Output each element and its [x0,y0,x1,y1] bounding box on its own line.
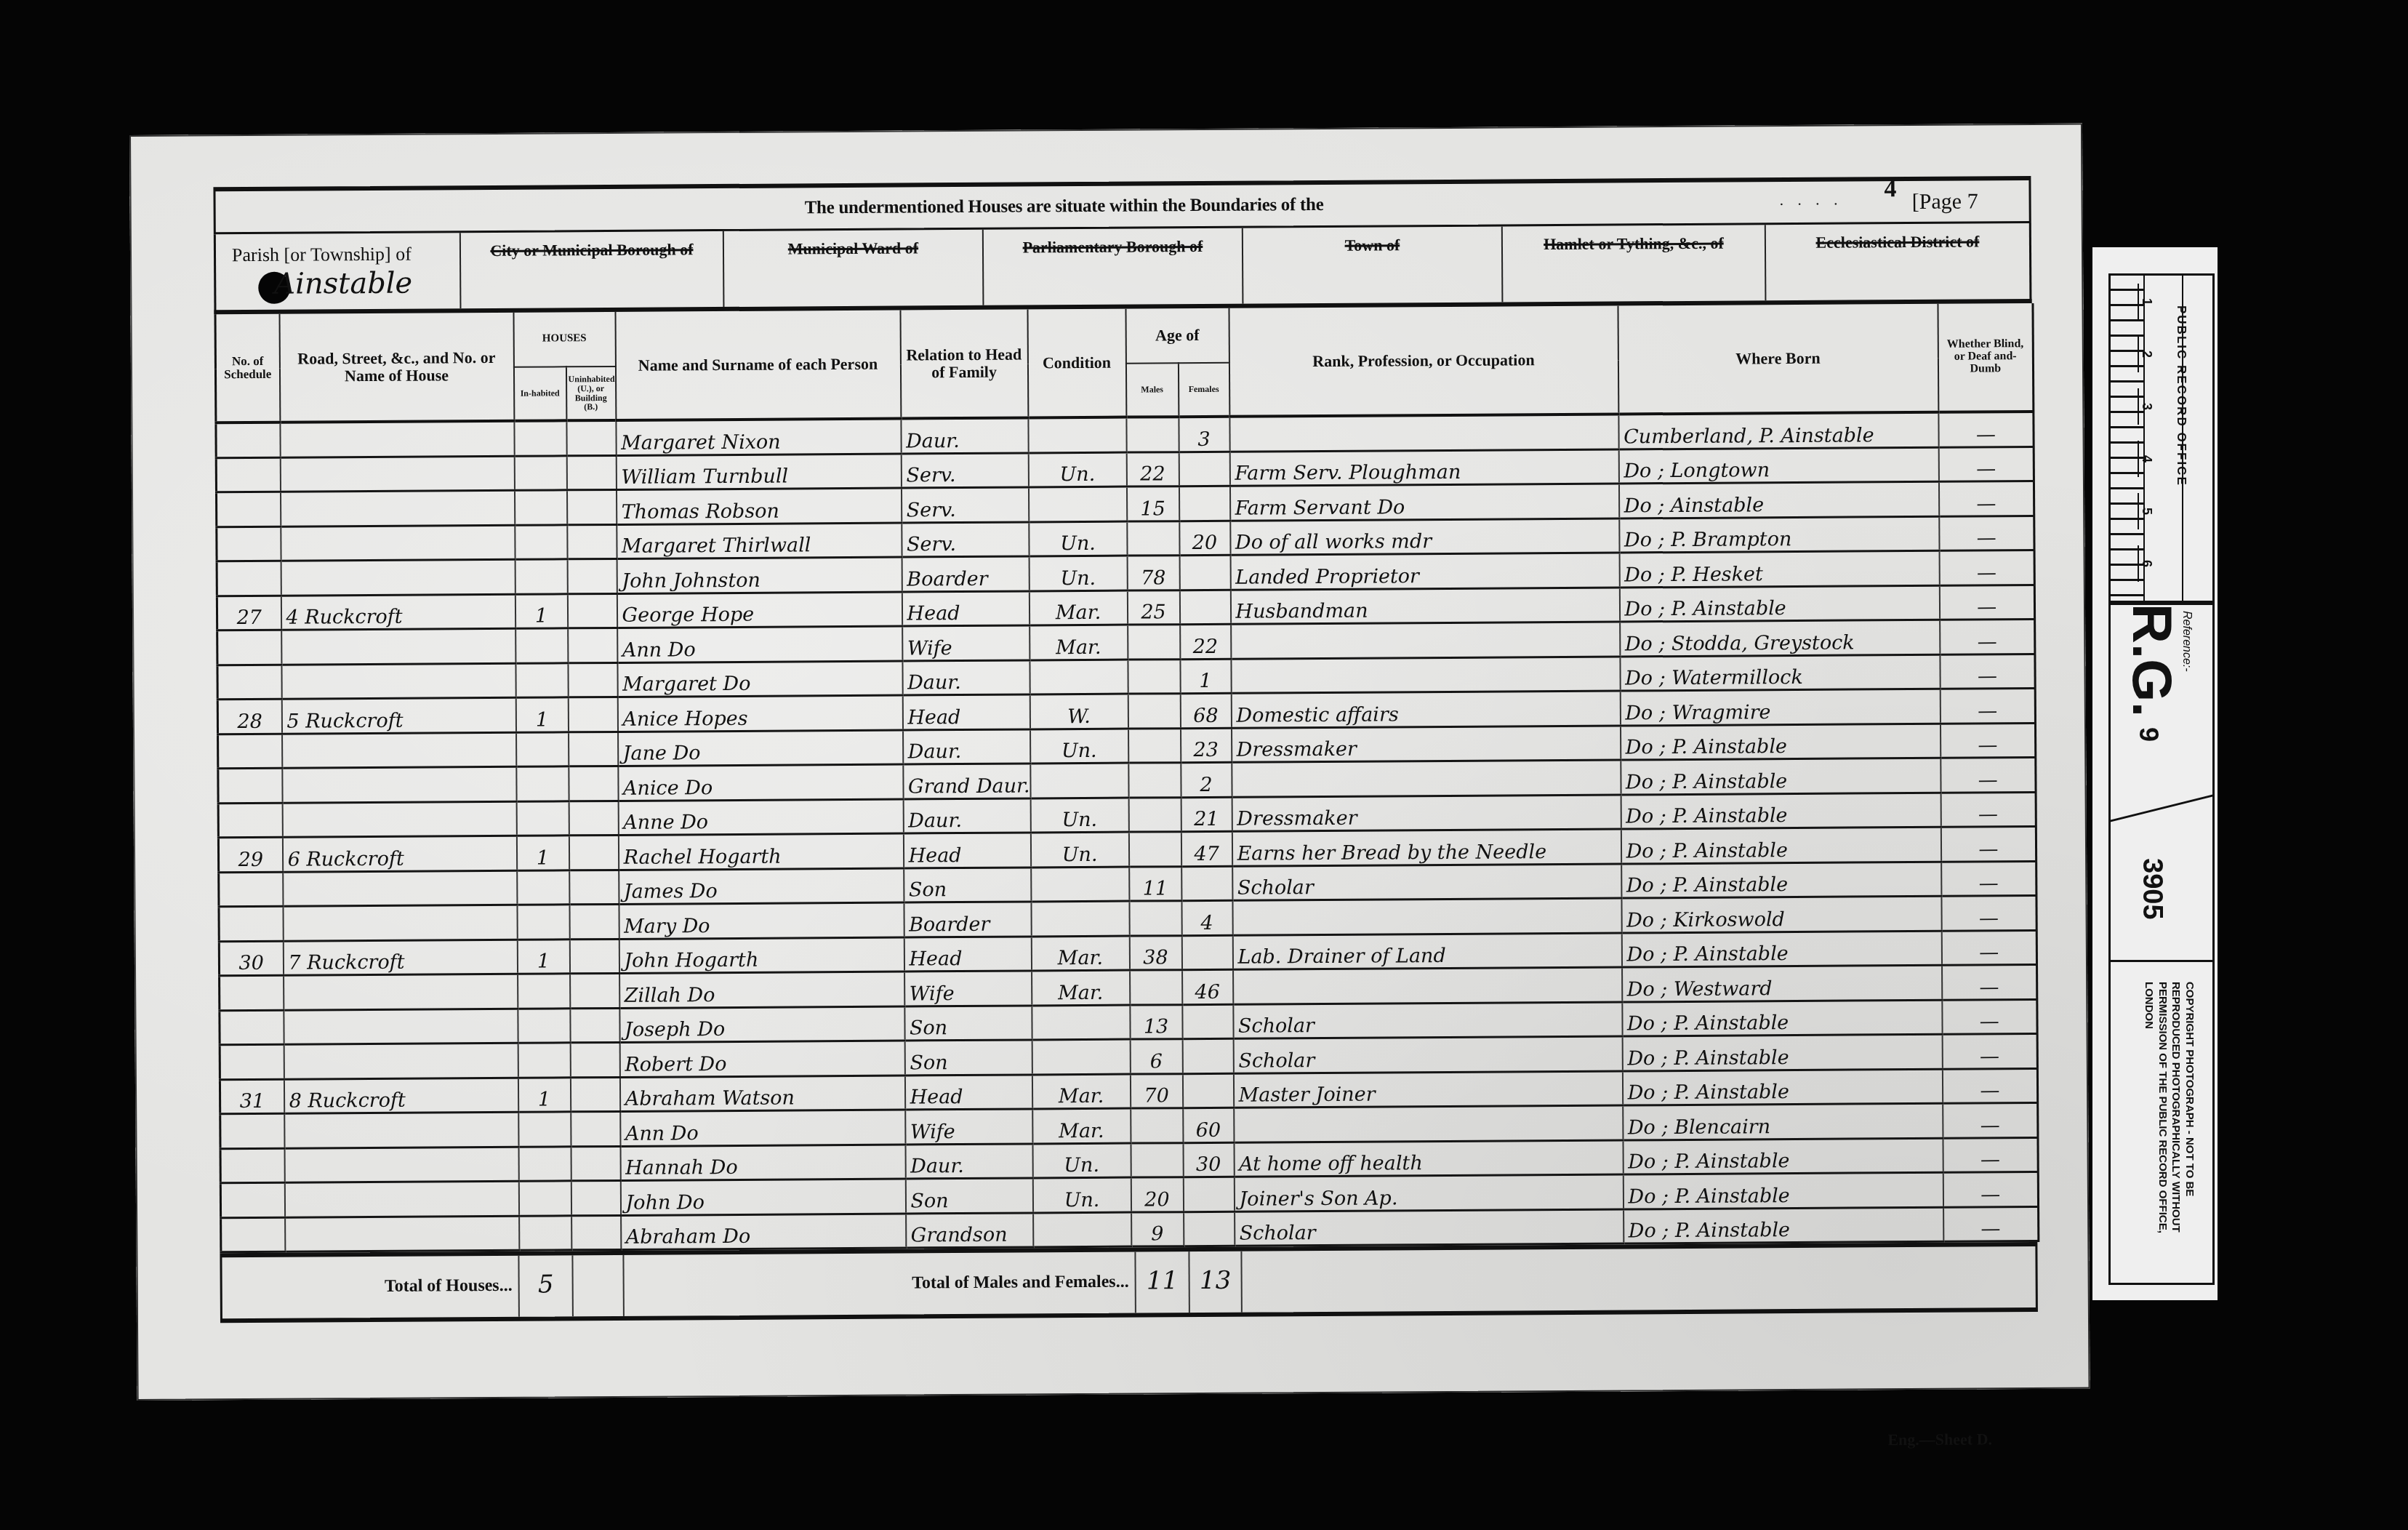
houses-total-cell: 5 [519,1255,574,1316]
birthplace-cell: Do ; P. Ainstable [1621,827,1941,863]
female-age-cell [1179,555,1230,590]
disability-cell: — [1940,620,2035,654]
condition-cell: Un. [1028,452,1126,487]
house-cell [280,421,514,457]
birthplace-cell: Do ; P. Ainstable [1624,1207,1943,1243]
house-cell [284,1181,518,1217]
inhabited-cell [515,628,568,663]
house-cell [282,732,516,768]
piece-number: 3905 [2136,858,2167,920]
house-cell: 7 Ruckcroft [283,940,517,975]
town-cell: Town of [1243,226,1504,303]
page-number: [Page 7 [1912,189,1978,215]
birthplace-cell: Do ; P. Ainstable [1623,1138,1943,1174]
uninhabited-cell [567,593,617,628]
parl-borough-cell: Parliamentary Borough of [984,228,1244,305]
condition-cell: Un. [1030,798,1128,833]
inhabited-cell: 1 [516,836,569,870]
relation-cell: Wife [905,1109,1032,1145]
name-cell: Ann Do [617,626,902,662]
uninhabited-cell [568,662,617,697]
occupation-cell: Lab. Drainer of Land [1232,932,1621,969]
female-age-cell: 30 [1183,1142,1234,1177]
house-cell: 4 Ruckcroft [281,594,515,630]
relation-cell: Head [902,694,1030,730]
inhabited-cell [518,1112,571,1147]
persons-total-label-cell: Total of Males and Females... [624,1252,1136,1316]
house-cell [281,628,515,664]
house-cell [284,1147,518,1182]
relation-cell: Daur. [903,798,1030,833]
disability-cell: — [1939,516,2034,550]
uninhabited-cell [567,524,617,559]
schedule-cell [217,665,281,700]
name-cell: John Hogarth [619,937,904,974]
male-age-cell [1128,694,1180,729]
condition-cell: W. [1030,694,1128,729]
male-age-cell: 20 [1131,1177,1183,1212]
col-age: Age of [1125,308,1229,364]
uninhabited-cell [569,904,619,939]
females-total-cell: 13 [1189,1251,1243,1313]
col-born: Where Born [1618,304,1938,414]
male-age-cell: 78 [1127,556,1179,590]
male-age-cell: 13 [1130,1004,1182,1039]
parish-cell: Parish [or Township] of Ainstable [216,233,462,310]
inhabited-cell [517,870,569,905]
uninhabited-cell [570,1008,619,1043]
uninhabited-cell [569,801,618,836]
page-mark: 4 [1884,175,1896,203]
disability-cell: — [1943,1102,2038,1137]
uninhabited-cell [568,697,617,732]
name-cell: John Do [620,1179,905,1215]
male-age-cell [1128,797,1181,832]
name-cell: Thomas Robson [617,488,902,524]
occupation-cell: Landed Proprietor [1230,553,1619,590]
name-cell: Margaret Nixon [616,419,901,455]
schedule-cell: 29 [218,837,282,872]
inhabited-cell [515,524,567,559]
schedule-cell [220,1044,284,1079]
male-age-cell: 11 [1129,866,1181,901]
uninhabited-cell [571,1111,620,1146]
occupation-cell: Farm Servant Do [1230,484,1619,521]
record-office-label: PUBLIC RECORD OFFICE [2174,305,2188,486]
schedule-cell [218,803,282,838]
house-cell: 8 Ruckcroft [284,1078,518,1113]
relation-cell: Son [904,867,1031,902]
form-title: The undermentioned Houses are situate wi… [805,195,1324,218]
male-age-cell: 25 [1127,590,1179,625]
occupation-cell: Domestic affairs [1231,691,1620,728]
males-total-cell: 11 [1136,1251,1190,1313]
inhabited-cell [516,732,569,766]
condition-cell [1030,763,1128,798]
occupation-cell: Husbandman [1230,587,1619,624]
female-age-cell [1179,590,1230,625]
uninhabited-cell [567,558,617,593]
condition-cell: Mar. [1031,936,1129,971]
condition-cell: Mar. [1029,590,1127,625]
schedule-cell [220,1010,284,1045]
relation-cell: Head [903,833,1030,868]
copyright-notice: COPYRIGHT PHOTOGRAPH - NOT TO BE REPRODU… [2108,982,2196,1265]
uninhabited-cell [569,870,619,905]
uninhabited-cell [569,766,618,801]
schedule-cell: 31 [220,1079,284,1114]
female-age-cell: 2 [1181,762,1232,797]
house-cell [284,974,518,1009]
houses-total-label-cell: Total of Houses... [222,1256,520,1318]
birthplace-cell: Do ; P. Ainstable [1621,724,1941,760]
inhabited-cell: 1 [518,1077,570,1112]
occupation-cell: Dressmaker [1232,725,1621,762]
male-age-cell [1128,659,1180,694]
name-cell: Margaret Thirlwall [617,523,902,559]
disability-cell: — [1942,964,2037,999]
ruler-mark: 5 [2138,493,2190,529]
female-age-cell: 3 [1179,417,1229,452]
houses-total-value: 5 [520,1270,572,1299]
name-cell: Ann Do [620,1110,905,1146]
uninhabited-cell [570,1077,619,1112]
disability-cell: — [1941,861,2036,896]
female-age-cell [1184,1211,1235,1246]
female-age-cell: 47 [1181,831,1232,866]
disability-cell: — [1941,758,2036,793]
name-cell: William Turnbull [616,454,901,490]
reference-strip: 1 2 3 4 5 6 PUBLIC RECORD OFFICE Referen… [2092,247,2218,1300]
parish-value: Ainstable [274,267,412,301]
condition-cell [1032,1005,1130,1040]
relation-cell: Boarder [902,556,1029,592]
birthplace-cell: Do ; P. Brampton [1619,516,1939,553]
house-cell [285,1216,519,1251]
disability-cell: — [1938,481,2034,516]
birthplace-cell: Do ; Watermillock [1620,654,1940,691]
disability-cell: — [1943,1137,2038,1172]
birthplace-cell: Do ; Longtown [1618,447,1938,484]
males-total-value: 11 [1136,1266,1189,1295]
census-table: No. of Schedule Road, Street, &c., and N… [214,303,2040,1253]
female-age-cell [1179,452,1229,486]
occupation-cell [1231,656,1620,693]
name-cell: Abraham Do [621,1214,906,1250]
house-cell: 5 Ruckcroft [281,697,515,733]
schedule-cell [220,1148,284,1183]
occupation-cell [1229,414,1618,451]
female-age-cell: 4 [1181,900,1232,935]
col-females: Females [1178,363,1229,417]
occupation-cell [1232,760,1621,797]
birthplace-cell: Cumberland, P. Ainstable [1618,412,1938,449]
occupation-cell: Scholar [1235,1209,1624,1246]
birthplace-cell: Do ; Westward [1622,965,1942,1001]
city-label: City or Municipal Borough of [461,240,723,260]
col-relation: Relation to Head of Family [900,309,1028,418]
condition-cell: Mar. [1030,625,1128,660]
birthplace-cell: Do ; P. Ainstable [1621,758,1941,794]
relation-cell: Serv. [902,521,1029,557]
occupation-cell: Earns her Bread by the Needle [1232,829,1621,866]
eccl-district-label: Ecclesiastical District of [1766,232,2029,252]
persons-total-label: Total of Males and Females... [912,1273,1129,1294]
name-cell: Joseph Do [619,1006,904,1043]
inhabited-cell: 1 [515,593,567,628]
inhabited-cell [516,801,569,836]
totals-row: Total of Houses... 5 Total of Males and … [220,1242,2038,1323]
relation-cell: Daur. [903,729,1030,764]
name-cell: Abraham Watson [619,1076,904,1112]
house-cell [281,559,515,595]
condition-cell [1032,1039,1130,1074]
female-age-cell: 60 [1183,1108,1234,1142]
relation-cell: Son [904,1040,1032,1076]
relation-cell: Serv. [901,487,1028,523]
condition-cell: Mar. [1032,970,1130,1005]
relation-cell: Boarder [904,902,1031,937]
schedule-cell [220,1182,284,1217]
female-age-cell [1181,935,1232,970]
census-rows: Margaret NixonDaur.3Cumberland, P. Ainst… [216,412,2039,1252]
house-cell [280,490,514,526]
male-age-cell [1131,1142,1183,1177]
inhabited-cell [514,455,566,490]
male-age-cell [1129,901,1181,936]
uninhabited-cell [566,489,616,524]
condition-cell [1028,417,1126,453]
schedule-cell: 28 [217,699,281,734]
schedule-cell [220,1113,284,1148]
sheet-note: Eng.—Sheet D. [1887,1430,1992,1449]
house-cell [282,766,516,802]
birthplace-cell: Do ; P. Ainstable [1622,1000,1942,1036]
female-age-cell: 1 [1180,659,1231,694]
birthplace-cell: Do ; P. Hesket [1619,550,1939,587]
relation-cell: Serv. [901,452,1028,488]
male-age-cell: 70 [1130,1073,1182,1108]
disability-cell: — [1941,895,2036,930]
occupation-cell: Scholar [1232,863,1621,900]
occupation-cell: At home off health [1234,1140,1623,1177]
parish-label: Parish [or Township] of [232,244,412,267]
inhabited-cell [518,1181,571,1216]
house-cell [284,1112,518,1147]
house-cell: 6 Ruckcroft [282,836,516,871]
disability-cell: — [1942,1068,2037,1103]
condition-cell: Mar. [1032,1108,1131,1143]
condition-cell [1030,660,1128,694]
disability-cell: — [1941,792,2036,827]
relation-cell: Wife [902,625,1030,661]
hamlet-cell: Hamlet or Tything, &c., of [1503,225,1767,302]
relation-cell: Son [905,1178,1032,1214]
col-houses: HOUSES [513,312,615,367]
male-age-cell: 9 [1131,1211,1184,1246]
female-age-cell [1182,1073,1233,1108]
name-cell: Anne Do [618,799,903,836]
occupation-cell [1231,622,1620,659]
occupation-cell: Scholar [1233,1036,1622,1073]
condition-cell: Mar. [1032,1074,1130,1109]
house-cell [284,1043,518,1078]
uninhabited-total-cell [573,1255,625,1316]
schedule-cell [216,457,280,492]
uninhabited-cell [566,420,616,455]
male-age-cell [1128,763,1181,798]
male-age-cell [1128,625,1180,660]
female-age-cell [1183,1177,1234,1211]
male-age-cell [1130,970,1182,1005]
uninhabited-cell [571,1180,620,1215]
birthplace-cell: Do ; P. Ainstable [1622,1034,1942,1070]
schedule-cell: 27 [217,596,281,630]
condition-cell: Un. [1030,832,1128,867]
houses-total-label: Total of Houses... [385,1276,513,1297]
schedule-cell [218,768,282,803]
town-label: Town of [1243,235,1501,255]
uninhabited-cell [571,1215,621,1250]
col-males: Males [1125,363,1178,417]
schedule-cell [217,561,281,596]
birthplace-cell: Do ; Ainstable [1618,481,1938,518]
col-inhabited: In-habited [513,367,566,420]
schedule-cell [217,492,281,526]
disability-cell: — [1940,689,2035,724]
male-age-cell: 15 [1126,486,1179,521]
occupation-cell: Dressmaker [1232,794,1621,831]
ward-cell: Municipal Ward of [724,230,984,307]
disability-cell: — [1943,1171,2038,1206]
condition-cell [1033,1212,1131,1247]
female-age-cell [1181,866,1232,901]
boundaries-row: Parish [or Township] of Ainstable City o… [214,223,2032,314]
female-age-cell: 22 [1180,624,1231,659]
inhabited-cell [517,905,569,940]
condition-cell: Un. [1029,556,1127,590]
relation-cell: Head [904,1074,1032,1110]
hamlet-label: Hamlet or Tything, &c., of [1503,233,1765,254]
name-cell: Zillah Do [619,972,904,1008]
birthplace-cell: Do ; Blencairn [1623,1103,1943,1140]
male-age-cell [1128,728,1181,763]
house-cell [283,870,517,906]
male-age-cell [1127,521,1179,556]
eccl-district-cell: Ecclesiastical District of [1766,223,2030,300]
col-uninhabited: Uninhabited (U.), or Building (B.) [566,367,615,420]
name-cell: Jane Do [618,730,903,766]
birthplace-cell: Do ; P. Ainstable [1623,1172,1943,1209]
inhabited-cell [514,420,566,455]
parl-borough-label: Parliamentary Borough of [984,237,1242,257]
birthplace-cell: Do ; P. Ainstable [1621,931,1941,967]
occupation-cell: Scholar [1233,1001,1622,1038]
relation-cell: Grandson [906,1212,1033,1248]
inhabited-cell [515,559,567,594]
uninhabited-cell [566,455,616,490]
uninhabited-cell [570,1042,619,1077]
totals-blank-cell [1242,1246,2035,1313]
male-age-cell: 6 [1130,1039,1182,1074]
disability-cell: — [1940,654,2035,689]
col-schedule: No. of Schedule [215,314,280,423]
condition-cell: Un. [1030,729,1128,764]
col-name: Name and Surname of each Person [615,311,901,420]
condition-cell [1031,867,1129,902]
occupation-cell [1232,898,1621,935]
relation-cell: Wife [904,971,1032,1006]
schedule-cell [216,422,280,458]
house-cell [281,663,515,699]
condition-cell: Un. [1032,1143,1131,1178]
condition-cell: Un. [1029,521,1127,556]
schedule-cell [217,630,281,665]
disability-cell: — [1943,1206,2039,1241]
name-cell: John Johnston [617,557,902,593]
schedule-cell [221,1217,285,1252]
relation-cell: Grand Daur. [903,764,1030,799]
col-occupation: Rank, Profession, or Occupation [1229,306,1618,417]
inhabited-cell [514,490,566,525]
disability-cell: — [1939,550,2034,585]
col-condition: Condition [1027,309,1126,418]
female-age-cell [1182,1004,1233,1039]
occupation-cell [1234,1105,1623,1142]
col-road: Road, Street, &c., and No. or Name of Ho… [279,313,514,422]
name-cell: Hannah Do [620,1145,905,1181]
female-age-cell: 23 [1181,728,1232,763]
house-cell [282,801,516,837]
birthplace-cell: Do ; Wragmire [1620,689,1940,725]
inhabited-cell [516,766,569,801]
relation-cell: Head [904,936,1031,972]
male-age-cell [1131,1108,1183,1143]
disability-cell: — [1942,999,2037,1034]
birthplace-cell: Do ; P. Ainstable [1621,862,1941,898]
condition-cell [1028,486,1126,521]
schedule-cell [217,526,281,561]
col-disability: Whether Blind, or Deaf and-Dumb [1938,303,2034,412]
birthplace-cell: Do ; Stodda, Greystock [1620,620,1940,656]
disability-cell: — [1938,412,2034,447]
condition-cell: Un. [1032,1177,1131,1212]
female-age-cell [1182,1038,1233,1073]
male-age-cell: 22 [1126,452,1179,486]
inhabited-cell: 1 [517,939,569,974]
dotted-mark: · · · · [1779,195,1843,215]
name-cell: Anice Do [618,764,903,801]
relation-cell: Daur. [905,1143,1032,1179]
inhabited-cell [515,662,568,697]
relation-cell: Daur. [901,417,1028,453]
female-age-cell: 46 [1182,969,1233,1004]
disability-cell: — [1941,826,2036,861]
occupation-cell: Do of all works mdr [1230,518,1619,555]
inhabited-cell [518,1043,570,1078]
class-code: R.G. [2120,604,2183,717]
inhabited-cell [518,1008,570,1043]
male-age-cell: 38 [1129,935,1181,970]
occupation-cell: Farm Serv. Ploughman [1229,449,1618,486]
uninhabited-cell [570,973,619,1008]
female-age-cell: 21 [1181,797,1232,832]
condition-cell [1031,901,1129,936]
schedule-cell [218,734,282,769]
house-cell [281,525,515,561]
census-form: The undermentioned Houses are situate wi… [213,176,2037,1323]
uninhabited-cell [571,1146,620,1181]
